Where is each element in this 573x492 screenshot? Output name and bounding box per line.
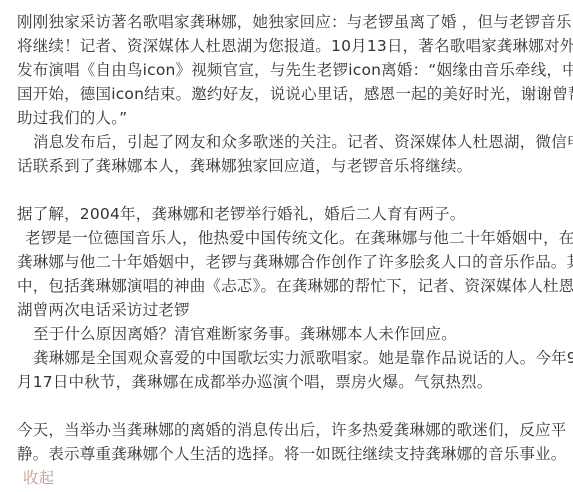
text-line: 龚琳娜与他二十年婚姻中，老锣与龚琳娜合作创作了许多脍炙人口的音乐作品。其 [17,250,562,274]
text-line: 中，包括龚琳娜演唱的神曲《忐忑》。在龚琳娜的帮忙下，记者、资深媒体人杜恩 [17,274,562,298]
article-body: 刚刚独家采访著名歌唱家龚琳娜，她独家回应：与老锣虽离了婚 ，但与老锣音乐 将继续… [17,10,562,490]
text-line: 至于什么原因离婚？清官难断家务事。龚琳娜本人未作回应。 [17,322,562,346]
text-line: 助过我们的人。” [17,106,562,130]
paragraph-reason: 至于什么原因离婚？清官难断家务事。龚琳娜本人未作回应。 [17,322,562,346]
collapse-link[interactable]: 收起 [17,466,562,490]
text-line: 将继续！记者、资深媒体人杜恩湖为您报道。10月13日，著名歌唱家龚琳娜对外 [17,34,562,58]
text-line: 发布演唱《自由鸟icon》视频官宣，与先生老锣icon离婚：“姻缘由音乐牵线，中 [17,58,562,82]
text-line: 今天，当举办当龚琳娜的离婚的消息传出后，许多热爱龚琳娜的歌迷们，反应平 [17,418,562,442]
paragraph-contact: 消息发布后，引起了网友和众多歌迷的关注。记者、资深媒体人杜恩湖，微信电 话联系到… [17,130,562,178]
paragraph-career: 龚琳娜是全国观众喜爱的中国歌坛实力派歌唱家。她是靠作品说话的人。今年9 月17日… [17,346,562,394]
text-line: 月17日中秋节，龚琳娜在成都举办巡演个唱，票房火爆。气氛热烈。 [17,370,562,394]
paragraph-fans: 今天，当举办当龚琳娜的离婚的消息传出后，许多热爱龚琳娜的歌迷们，反应平 静。表示… [17,418,562,466]
spacer [17,394,562,418]
text-line: 话联系到了龚琳娜本人，龚琳娜独家回应道，与老锣音乐将继续。 [17,154,562,178]
text-line: 静。表示尊重龚琳娜个人生活的选择。将一如既往继续支持龚琳娜的音乐事业。 [17,442,562,466]
spacer [17,178,562,202]
text-line: 刚刚独家采访著名歌唱家龚琳娜，她独家回应：与老锣虽离了婚 ，但与老锣音乐 [17,10,562,34]
text-line: 据了解，2004年，龚琳娜和老锣举行婚礼，婚后二人育有两子。 [17,202,562,226]
paragraph-marriage: 据了解，2004年，龚琳娜和老锣举行婚礼，婚后二人育有两子。 [17,202,562,226]
paragraph-laoluo: 老锣是一位德国音乐人，他热爱中国传统文化。在龚琳娜与他二十年婚姻中，在 龚琳娜与… [17,226,562,322]
text-line: 龚琳娜是全国观众喜爱的中国歌坛实力派歌唱家。她是靠作品说话的人。今年9 [17,346,562,370]
text-line: 老锣是一位德国音乐人，他热爱中国传统文化。在龚琳娜与他二十年婚姻中，在 [17,226,562,250]
text-line: 消息发布后，引起了网友和众多歌迷的关注。记者、资深媒体人杜恩湖，微信电 [17,130,562,154]
paragraph-intro: 刚刚独家采访著名歌唱家龚琳娜，她独家回应：与老锣虽离了婚 ，但与老锣音乐 将继续… [17,10,562,130]
text-line: 湖曾两次电话采访过老锣 [17,298,562,322]
text-line: 国开始，德国icon结束。邀约好友，说说心里话，感恩一起的美好时光，谢谢曾帮 [17,82,562,106]
